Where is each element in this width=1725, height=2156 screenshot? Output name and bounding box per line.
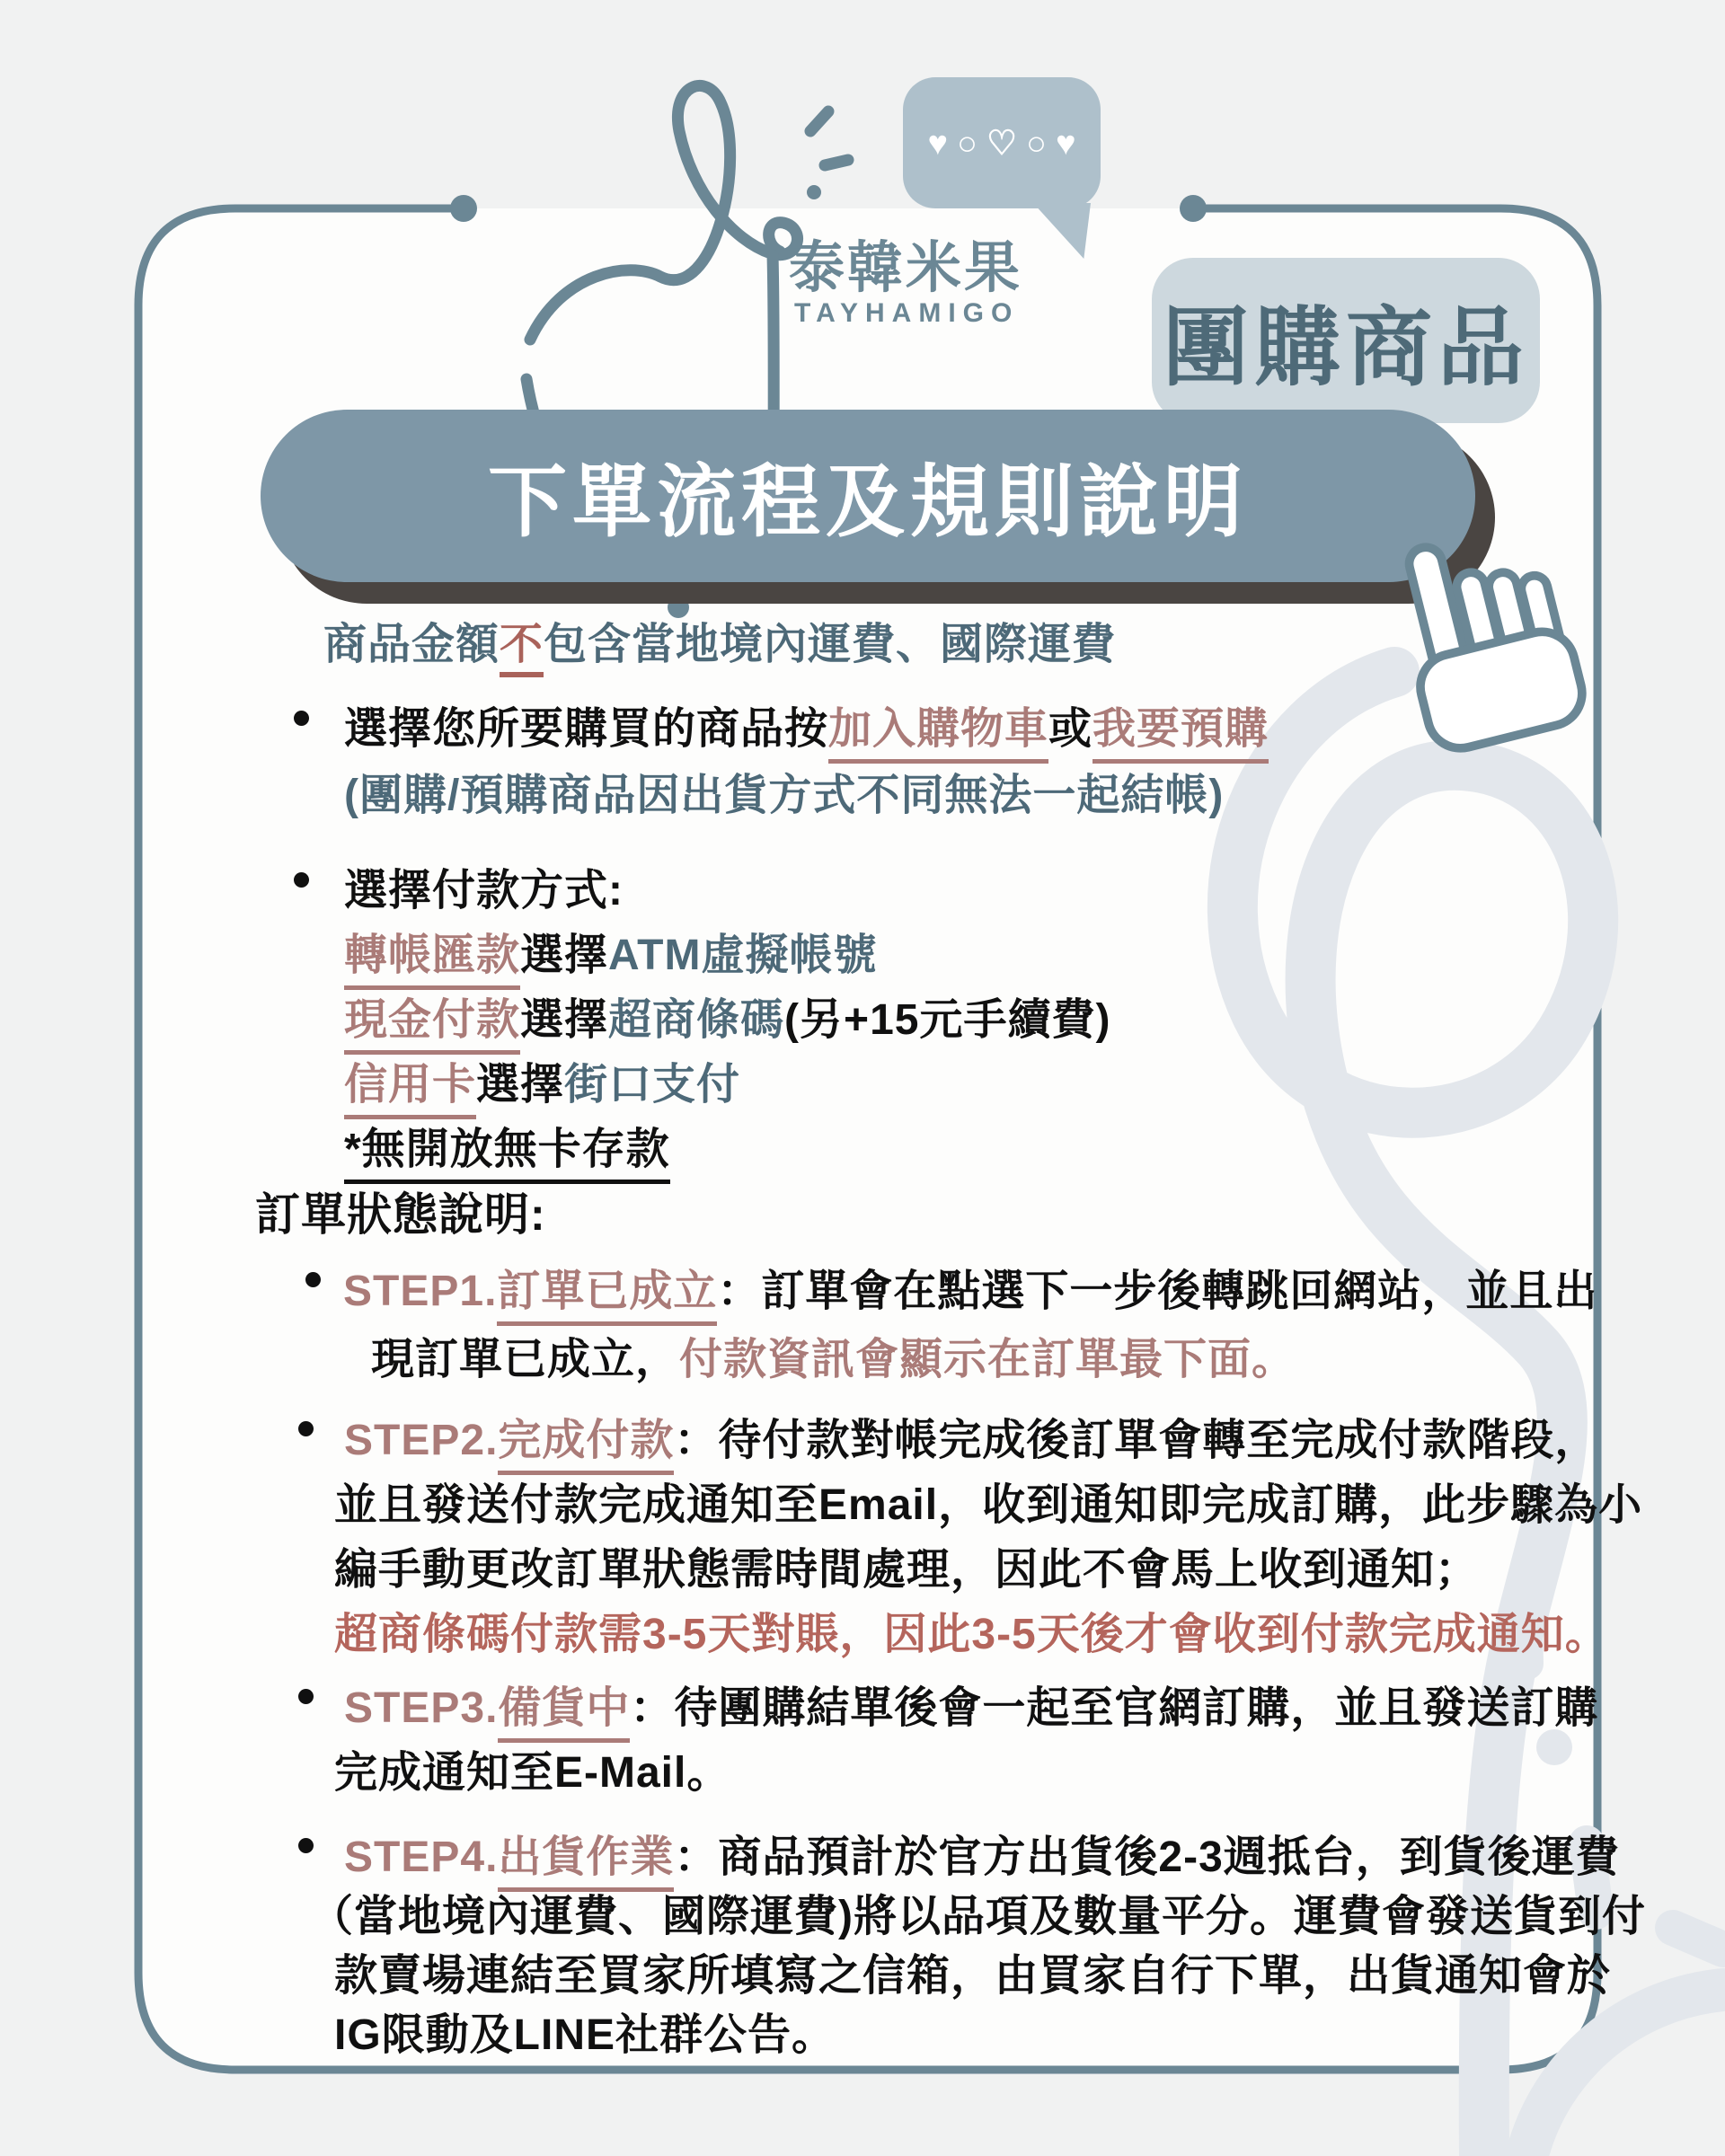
- page-title: 下單流程及規則說明: [488, 439, 1248, 552]
- order-status-heading: 訂單狀態說明:: [255, 1179, 546, 1243]
- text-segment: STEP1.: [343, 1267, 497, 1316]
- step2-line1: STEP2. 完成付款：待付款對帳完成後訂單會轉至完成付款階段，: [344, 1405, 1598, 1475]
- border-end-dot-right: [1180, 195, 1207, 222]
- text-segment: 現訂單已成立，: [371, 1324, 679, 1386]
- step2-line3: 編手動更改訂單狀態需時間處理，因此不會馬上收到通知；: [334, 1534, 1479, 1596]
- bullet-dot: [305, 1272, 321, 1287]
- payment-cash: 現金付款選擇超商條碼(另+15元手續費): [344, 985, 1110, 1055]
- brand-name: 泰韓米果: [789, 223, 1022, 303]
- text-segment: STEP4.: [344, 1833, 498, 1882]
- bullet-dot: [298, 1838, 314, 1853]
- border-end-dot-left: [450, 195, 477, 222]
- text-segment: 選擇: [520, 920, 608, 982]
- text-segment: 訂單狀態說明:: [255, 1179, 546, 1243]
- text-segment: 付款資訊會顯示在訂單最下面。: [679, 1324, 1296, 1386]
- text-segment: 加入購物車: [828, 694, 1048, 764]
- subtitle: 商品金額不包含當地境內運費、國際運費: [323, 609, 1116, 677]
- text-segment: 現金付款: [344, 985, 520, 1055]
- text-segment: 完成付款: [498, 1405, 674, 1475]
- payment-credit-card: 信用卡選擇街口支付: [344, 1049, 740, 1119]
- bullet-dot: [294, 711, 309, 726]
- step1-line2: 現訂單已成立，付款資訊會顯示在訂單最下面。: [371, 1324, 1296, 1386]
- step4-line3: 款賣場連結至買家所填寫之信箱，由買家自行下單，出貨通知會於: [334, 1940, 1611, 2002]
- text-segment: 訂單已成立: [497, 1256, 717, 1326]
- speech-bubble: ♥○♡○♥: [903, 77, 1101, 208]
- brand-name-en: TAYHAMIGO: [794, 298, 1019, 329]
- step2-line2: 並且發送付款完成通知至Email，收到通知即完成訂購，此步驟為小: [334, 1470, 1642, 1532]
- text-segment: 街口支付: [564, 1049, 740, 1111]
- text-segment: STEP3.: [344, 1683, 498, 1733]
- bullet-dot: [298, 1689, 314, 1704]
- text-segment: 款賣場連結至買家所填寫之信箱，由買家自行下單，出貨通知會於: [334, 1940, 1611, 2002]
- text-segment: 或: [1048, 694, 1092, 755]
- text-segment: 信用卡: [344, 1049, 476, 1119]
- text-segment: 備貨中: [498, 1673, 630, 1743]
- poster: ♥○♡○♥ 泰韓米果 TAYHAMIGO 團購商品 下單流程及規則說明 商品金額…: [0, 0, 1725, 2156]
- text-segment: 編手動更改訂單狀態需時間處理，因此不會馬上收到通知；: [334, 1534, 1479, 1596]
- text-segment: 選擇: [476, 1049, 564, 1111]
- title-banner: 下單流程及規則說明: [261, 410, 1475, 582]
- step3-line1: STEP3. 備貨中：待團購結單後會一起至官網訂購，並且發送訂購: [344, 1673, 1598, 1743]
- bullet-dot: [298, 1421, 314, 1436]
- text-segment: 不: [500, 609, 544, 677]
- text-segment: 選擇: [520, 985, 608, 1047]
- bullet-select-products: 選擇您所要購買的商品按加入購物車或我要預購: [344, 694, 1269, 764]
- text-segment: ：待團購結單後會一起至官網訂購，並且發送訂購: [630, 1673, 1598, 1735]
- text-segment: 完成通知至E-Mail。: [334, 1737, 730, 1799]
- text-segment: (團購/預購商品因出貨方式不同無法一起結帳): [344, 760, 1224, 822]
- step4-line4: IG限動及LINE社群公告。: [334, 2000, 836, 2062]
- hearts-decoration: ♥○♡○♥: [918, 123, 1084, 163]
- text-segment: 轉帳匯款: [344, 920, 520, 990]
- payment-atm: 轉帳匯款選擇ATM虛擬帳號: [344, 920, 877, 990]
- step4-line2: （當地境內運費、國際運費)將以品項及數量平分。運費會發送貨到付: [310, 1881, 1646, 1943]
- text-segment: 選擇付款方式:: [344, 855, 624, 917]
- text-segment: ：商品預計於官方出貨後2-3週抵台，到貨後運費: [674, 1822, 1619, 1884]
- text-segment: 超商條碼: [608, 985, 784, 1047]
- badge-label: 團購商品: [1163, 279, 1529, 402]
- text-segment: (另+15元手續費): [784, 985, 1110, 1047]
- text-segment: ：待付款對帳完成後訂單會轉至完成付款階段，: [674, 1405, 1598, 1467]
- bullet-dot: [294, 872, 309, 888]
- text-segment: 選擇您所要購買的商品按: [344, 694, 828, 755]
- bullet-select-products-note: (團購/預購商品因出貨方式不同無法一起結帳): [344, 760, 1224, 822]
- text-segment: （當地境內運費、國際運費)將以品項及數量平分。運費會發送貨到付: [310, 1881, 1646, 1943]
- step2-line4: 超商條碼付款需3-5天對賬，因此3-5天後才會收到付款完成通知。: [334, 1599, 1609, 1661]
- payment-methods-heading: 選擇付款方式:: [344, 855, 624, 917]
- text-segment: IG限動及LINE社群公告。: [334, 2000, 836, 2062]
- click-hand-icon: [1366, 526, 1599, 750]
- text-segment: STEP2.: [344, 1416, 498, 1465]
- text-segment: ATM虛擬帳號: [608, 920, 877, 982]
- text-segment: 商品金額: [323, 609, 500, 671]
- text-segment: ：訂單會在點選下一步後轉跳回網站，並且出: [717, 1256, 1597, 1318]
- text-segment: *無開放無卡存款: [344, 1114, 670, 1184]
- text-segment: 超商條碼付款需3-5天對賬，因此3-5天後才會收到付款完成通知。: [334, 1599, 1609, 1661]
- text-segment: 包含當地境內運費、國際運費: [544, 609, 1116, 671]
- step1-line1: STEP1.訂單已成立：訂單會在點選下一步後轉跳回網站，並且出: [343, 1256, 1597, 1326]
- group-buy-badge: 團購商品: [1152, 258, 1540, 423]
- text-segment: 並且發送付款完成通知至Email，收到通知即完成訂購，此步驟為小: [334, 1470, 1642, 1532]
- step3-line2: 完成通知至E-Mail。: [334, 1737, 730, 1799]
- text-segment: 我要預購: [1092, 694, 1269, 764]
- payment-note: *無開放無卡存款: [344, 1114, 670, 1184]
